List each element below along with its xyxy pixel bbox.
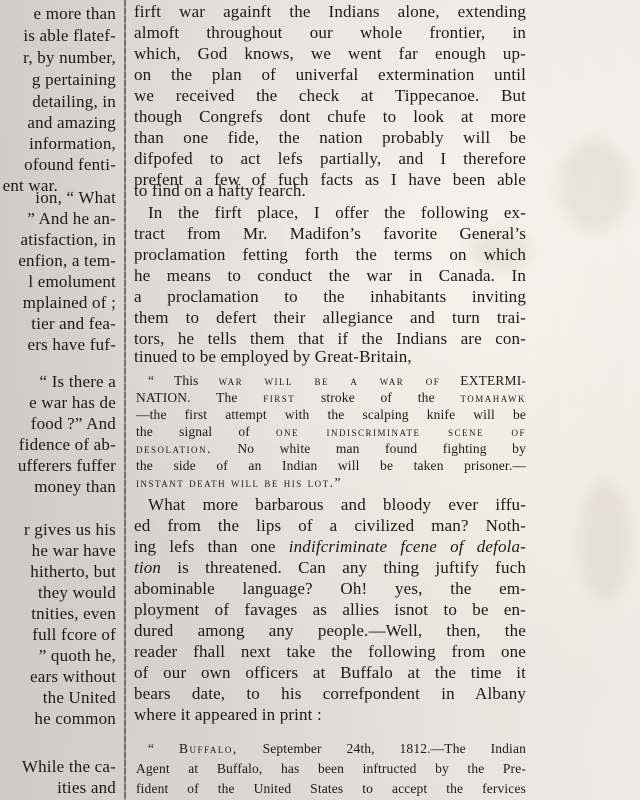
text-line: proclamation fetting forth the terms on …	[134, 244, 526, 265]
text-line: r, by number,	[23, 47, 116, 68]
text-line: e war has de	[29, 392, 116, 413]
text-line: information,	[29, 133, 116, 154]
quote-small-caps: Buffalo,	[179, 741, 238, 756]
text-line: ” quoth he,	[39, 645, 116, 666]
text-line: they would	[38, 582, 116, 603]
italic-emphasis: tion	[134, 558, 161, 577]
text-line: ployment of favages as allies isnot to b…	[134, 599, 526, 620]
quote-line: fident of the United States to accept th…	[134, 780, 526, 797]
text-line: ufferers fuffer	[18, 455, 116, 476]
text-line: reader fhall next take the following fro…	[134, 641, 526, 662]
quote-text: “ This	[148, 373, 219, 388]
text-line: them to defert their allegiance and turn…	[134, 307, 526, 328]
text-line: of our own officers at Buffalo at the ti…	[134, 662, 526, 683]
text-line: the United	[43, 687, 116, 708]
text-line: dured among any people.—Well, then, the	[134, 620, 526, 641]
text-line: What more barbarous and bloody ever iffu…	[134, 494, 526, 515]
text-line: money than	[34, 476, 116, 497]
quote-small-caps: war will be a war of	[219, 373, 441, 388]
text-line: tnities, even	[31, 603, 116, 624]
quote-line: desolation. No white man found fighting …	[134, 440, 526, 457]
column-rule	[124, 0, 126, 800]
quote-small-caps: tomahawk	[460, 390, 526, 405]
text-line: where it appeared in print :	[134, 704, 526, 725]
quote-line: instant death will be his lot.”	[134, 474, 526, 491]
quote-line: “ Buffalo, September 24th, 1812.—The Ind…	[134, 740, 526, 757]
text-line: on the plan of univerfal extermination u…	[134, 64, 526, 85]
quote-line: the signal of one indiscriminate scene o…	[134, 423, 526, 440]
quote-text: ”	[335, 475, 341, 490]
quote-text: “	[148, 741, 179, 756]
text-line: g pertaining	[32, 69, 116, 90]
quote-line: Agent at Buffalo, has been inftructed by…	[134, 760, 526, 777]
quote-text: the signal of	[136, 424, 276, 439]
text-line: food ?” And	[31, 413, 116, 434]
text-line: ing lefs than one indifcriminate fcene o…	[134, 536, 526, 557]
text-line: a proclamation to the inhabitants inviti…	[134, 286, 526, 307]
text-line: full fcore of	[32, 624, 116, 645]
text-line: to find on a hafty fearch.	[134, 180, 526, 201]
text-line: ” And he an-	[27, 208, 116, 229]
quote-small-caps: first	[263, 390, 295, 405]
quote-line: the side of an Indian will be taken pris…	[134, 457, 526, 474]
text-line: tinued to be employed by Great-Britain,	[134, 346, 526, 367]
text-line: e more than	[34, 3, 116, 24]
quote-line: NATION. The first stroke of the tomahawk	[134, 389, 526, 406]
quote-line: —the first attempt with the scalping kni…	[134, 406, 526, 423]
text-line: l emolument	[28, 271, 116, 292]
text-line: ofound fenti-	[24, 154, 116, 175]
quote-text: NATION. The	[136, 390, 263, 405]
text-line: ities and	[57, 777, 116, 798]
main-column: firft war againft the Indians alone, ext…	[134, 0, 530, 800]
text-line: difpofed to act lefs partially, and I th…	[134, 148, 526, 169]
text-line: than one fide, the nation probably will …	[134, 127, 526, 148]
text-line: is able flatef-	[23, 25, 116, 46]
quote-small-caps: one indiscriminate scene of	[276, 424, 526, 439]
text-line: firft war againft the Indians alone, ext…	[134, 1, 526, 22]
quote-text: No white man found fighting by	[212, 441, 526, 456]
left-column: e more than is able flatef- r, by number…	[0, 0, 118, 800]
text-line: bears date, to his correfpondent in Alba…	[134, 683, 526, 704]
text-line: he common	[34, 708, 116, 729]
text-line: mplained of ;	[23, 292, 116, 313]
text-line: atisfaction, in	[20, 229, 116, 250]
text-line: abominable language? Oh! yes, the em-	[134, 578, 526, 599]
text-line: While the ca-	[22, 756, 116, 777]
text-line: which, God knows, we went far enough up-	[134, 43, 526, 64]
text-line: In the firft place, I offer the followin…	[134, 202, 526, 223]
page-margin	[530, 0, 640, 800]
text-line: r gives us his	[24, 519, 116, 540]
text-line: detailing, in	[32, 91, 116, 112]
quote-text: EXTERMI-	[440, 373, 526, 388]
text-line: tier and fea-	[31, 313, 116, 334]
text-line: and amazing	[27, 112, 116, 133]
newspaper-page: e more than is able flatef- r, by number…	[0, 0, 640, 800]
text-span: is threatened. Can any thing juftify fuc…	[161, 558, 526, 577]
text-line: enfion, a tem-	[18, 250, 116, 271]
text-line: tion is threatened. Can any thing juftif…	[134, 557, 526, 578]
text-line: though Congrefs dont chufe to look at mo…	[134, 106, 526, 127]
quote-line: “ This war will be a war of EXTERMI-	[134, 372, 526, 389]
text-line: fidence of ab-	[19, 434, 116, 455]
text-line: ed from the lips of a civilized man? Not…	[134, 515, 526, 536]
text-span: ing lefs than one	[134, 537, 289, 556]
text-line: tract from Mr. Madifon’s favorite Genera…	[134, 223, 526, 244]
text-line: he war have	[32, 540, 116, 561]
text-line: hitherto, but	[30, 561, 116, 582]
text-line: ion, “ What	[35, 187, 116, 208]
quote-small-caps: desolation.	[136, 441, 212, 456]
quote-text: stroke of the	[295, 390, 460, 405]
quote-small-caps: instant death will be his lot.	[136, 475, 335, 490]
text-line: ers have fuf-	[28, 334, 117, 355]
quote-text: September 24th, 1812.—The Indian	[238, 741, 526, 756]
text-line: almoft throughout our whole frontier, in	[134, 22, 526, 43]
text-line: we received the check at Tippecanoe. But	[134, 85, 526, 106]
text-line: “ Is there a	[40, 371, 117, 392]
italic-emphasis: indifcriminate fcene of defola-	[289, 537, 526, 556]
text-line: ears without	[30, 666, 116, 687]
text-line: he means to conduct the war in Canada. I…	[134, 265, 526, 286]
